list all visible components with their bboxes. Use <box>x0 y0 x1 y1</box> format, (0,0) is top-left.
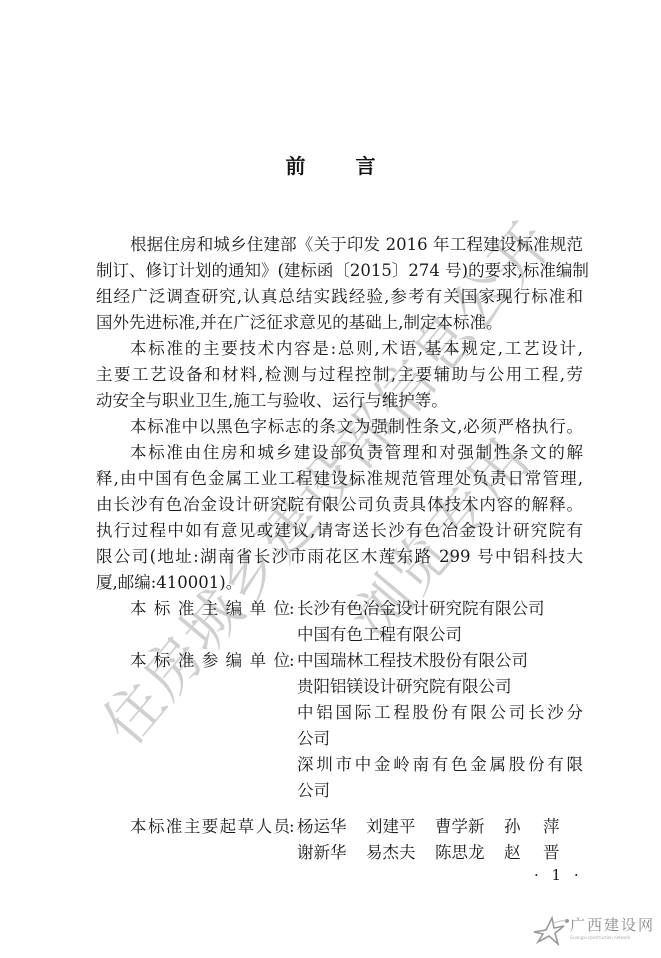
paragraph-line: 根据住房和城乡住建部《关于印发 2016 年工程建设标准规范 <box>130 235 583 255</box>
drafter-name: 易杰夫 <box>366 843 416 863</box>
paragraph-line: 动安全与职业卫生,施工与验收、运行与维护等。 <box>96 391 583 411</box>
paragraph-line: 本标准中以黑色字标志的条文为强制性条文,必须严格执行。 <box>130 417 583 437</box>
participating-editor-unit: 贵阳铝镁设计研究院有限公司 <box>297 677 512 697</box>
document-page: 住房城乡建设部信息公开 浏览专用 前言 根据住房和城乡住建部《关于印发 2016… <box>0 0 661 958</box>
paragraph-line: 执行过程中如有意见或建议,请寄送长沙有色冶金设计研究院有 <box>96 521 583 541</box>
title-char-1: 前 <box>286 150 306 179</box>
participating-editor-unit: 中国瑞林工程技术股份有限公司 <box>297 651 528 671</box>
paragraph-line: 本标准的主要技术内容是:总则,术语,基本规定,工艺设计, <box>130 339 583 359</box>
colon: : <box>289 651 295 671</box>
participating-editor-unit: 中铝国际工程股份有限公司长沙分 <box>297 703 583 723</box>
paragraph-line: 国外先进标准,并在广泛征求意见的基础上,制定本标准。 <box>96 313 583 333</box>
participating-editor-unit: 深圳市中金岭南有色金属股份有限 <box>297 755 583 775</box>
drafters-label: 本标准主要起草人员 <box>130 817 290 837</box>
page-number: · 1 · <box>534 865 583 885</box>
page-title: 前言 <box>0 150 661 179</box>
chief-editor-label: 本标准主编单位 <box>130 599 290 619</box>
colon: : <box>289 817 295 837</box>
drafter-name: 杨运华 <box>297 817 347 837</box>
drafter-name: 萍 <box>543 817 560 837</box>
drafter-name: 陈思龙 <box>435 843 485 863</box>
drafter-name: 曹学新 <box>435 817 485 837</box>
participating-editor-unit: 公司 <box>297 781 330 801</box>
title-char-2: 言 <box>356 150 376 179</box>
drafter-name: 赵 <box>504 843 521 863</box>
logo-subtitle: Guangxi construction network <box>570 935 630 940</box>
paragraph-line: 本标准由住房和城乡建设部负责管理和对强制性条文的解 <box>130 443 583 463</box>
paragraph-line: 组经广泛调查研究,认真总结实践经验,参考有关国家现行标准和 <box>96 287 583 307</box>
paragraph-line: 由长沙有色冶金设计研究院有限公司负责具体技术内容的解释。 <box>96 495 583 515</box>
drafter-name: 谢新华 <box>297 843 347 863</box>
chief-editor-unit: 长沙有色冶金设计研究院有限公司 <box>297 599 545 619</box>
drafter-name: 刘建平 <box>366 817 416 837</box>
paragraph-line: 厦,邮编:410001)。 <box>96 573 583 593</box>
star-logo-icon <box>530 910 570 946</box>
drafter-name: 孙 <box>504 817 521 837</box>
participating-editor-unit: 公司 <box>297 729 330 749</box>
participating-editor-label: 本标准参编单位 <box>130 651 290 671</box>
logo-name: 广西建设网 <box>570 914 655 935</box>
paragraph-line: 释,由中国有色金属工业工程建设标准规范管理处负责日常管理, <box>96 469 583 489</box>
site-logo: 广西建设网 Guangxi construction network <box>530 910 660 950</box>
chief-editor-unit: 中国有色工程有限公司 <box>297 625 462 645</box>
paragraph-line: 制订、修订计划的通知》(建标函〔2015〕274 号)的要求,标准编制 <box>96 261 583 281</box>
colon: : <box>289 599 295 619</box>
paragraph-line: 限公司(地址:湖南省长沙市雨花区木莲东路 299 号中铝科技大 <box>96 547 583 567</box>
paragraph-line: 主要工艺设备和材料,检测与过程控制,主要辅助与公用工程,劳 <box>96 365 583 385</box>
drafter-name: 晋 <box>543 843 560 863</box>
